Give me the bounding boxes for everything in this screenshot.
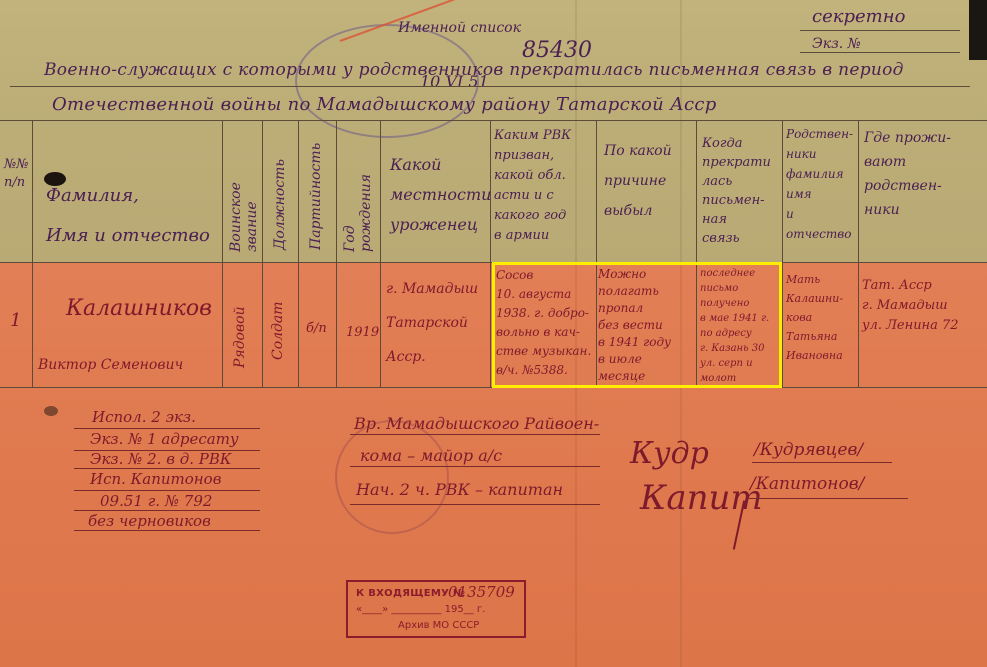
note-line: Экз. № 2. в д. РВК — [90, 450, 231, 468]
note-line: без черновиков — [88, 512, 211, 530]
row-origin: г. Мамадыш Татарской Асср. — [386, 272, 478, 374]
note-line: 09.51 г. № 792 — [100, 492, 212, 510]
header-num: №№ п/п — [4, 156, 29, 192]
row-party: б/п — [306, 320, 327, 338]
classification-label: секретно — [812, 6, 905, 27]
rule — [74, 468, 260, 469]
header-birth-year: Год рождения — [342, 174, 374, 252]
rule — [800, 52, 960, 53]
rule — [752, 462, 892, 463]
rule — [10, 86, 970, 87]
highlight-box — [492, 262, 782, 388]
header-relatives: Родствен- ники фамилия имя и отчество — [786, 124, 853, 244]
rule — [74, 530, 260, 531]
signatory-name-2: /Капитонов/ — [750, 474, 864, 494]
column-divider — [222, 120, 223, 388]
punch-hole — [44, 172, 66, 186]
note-line: Исп. Капитонов — [90, 470, 221, 488]
row-birth-year: 1919 — [346, 324, 379, 342]
row-surname: Калашников — [66, 300, 212, 318]
header-conscription: Каким РВК призван, какой обл. асти и с к… — [494, 126, 571, 246]
list-title: Именной список — [398, 20, 521, 36]
paper-tear — [44, 406, 58, 416]
column-divider — [858, 120, 859, 388]
header-residence: Где прожи- вают родствен- ники — [864, 126, 951, 222]
rule — [350, 434, 600, 435]
rule — [74, 428, 260, 429]
signatory-name-1: /Кудрявцев/ — [754, 440, 863, 460]
signatory-title-line1: Вр. Мамадышского Райвоен- — [354, 414, 599, 433]
row-relatives: Мать Калашни- кова Татьяна Ивановна — [786, 270, 843, 365]
column-divider — [380, 120, 381, 388]
row-rank: Рядовой — [232, 306, 248, 368]
row-position: Солдат — [270, 301, 286, 360]
signatory-title-line3: Нач. 2 ч. РВК – капитан — [356, 480, 563, 499]
header-name: Фамилия, Имя и отчество — [46, 176, 210, 256]
signature-1: Кудр — [630, 436, 709, 471]
note-line: Экз. № 1 адресату — [90, 430, 239, 448]
rule — [748, 498, 908, 499]
row-residence: Тат. Асср г. Мамадыш ул. Ленина 72 — [862, 276, 959, 336]
header-party: Партийность — [308, 143, 324, 250]
rule — [350, 504, 600, 505]
heading-line-2: Отечественной войны по Мамадышскому райо… — [52, 94, 717, 115]
rule — [74, 490, 260, 491]
note-line: Испол. 2 экз. — [92, 408, 196, 426]
header-origin: Какой местности уроженец — [390, 150, 491, 240]
column-divider — [32, 120, 33, 388]
copy-number-label: Экз. № — [812, 36, 861, 52]
stamp-date-line: «____» __________ 195__ г. — [356, 604, 485, 615]
rule — [74, 510, 260, 511]
column-divider — [336, 120, 337, 388]
column-divider — [298, 120, 299, 388]
row-number: 1 — [10, 312, 21, 330]
header-contact-lost: Когда прекрати лась письмен- ная связь — [702, 134, 771, 248]
stamp-incoming-number: 0135709 — [448, 583, 515, 601]
signature-2: Капит — [640, 478, 763, 518]
header-reason: По какой причине выбыл — [604, 136, 672, 226]
row-given-names: Виктор Семенович — [38, 356, 183, 374]
archive-incoming-stamp: К ВХОДЯЩЕМУ № 0135709 «____» __________ … — [346, 580, 526, 638]
heading-line-1: Военно-служащих с которыми у родственник… — [44, 60, 904, 80]
header-position: Должность — [272, 159, 288, 250]
header-rank: Воинское звание — [228, 182, 260, 252]
column-divider — [782, 120, 783, 388]
rule — [800, 30, 960, 31]
rule — [350, 466, 600, 467]
military-commissariat-seal — [335, 420, 449, 534]
scan-edge — [969, 0, 987, 60]
signatory-title-line2: кома – майор а/с — [360, 446, 502, 465]
column-divider — [262, 120, 263, 388]
stamp-archive-name: Архив МО СССР — [398, 620, 479, 631]
table-border — [0, 120, 987, 121]
